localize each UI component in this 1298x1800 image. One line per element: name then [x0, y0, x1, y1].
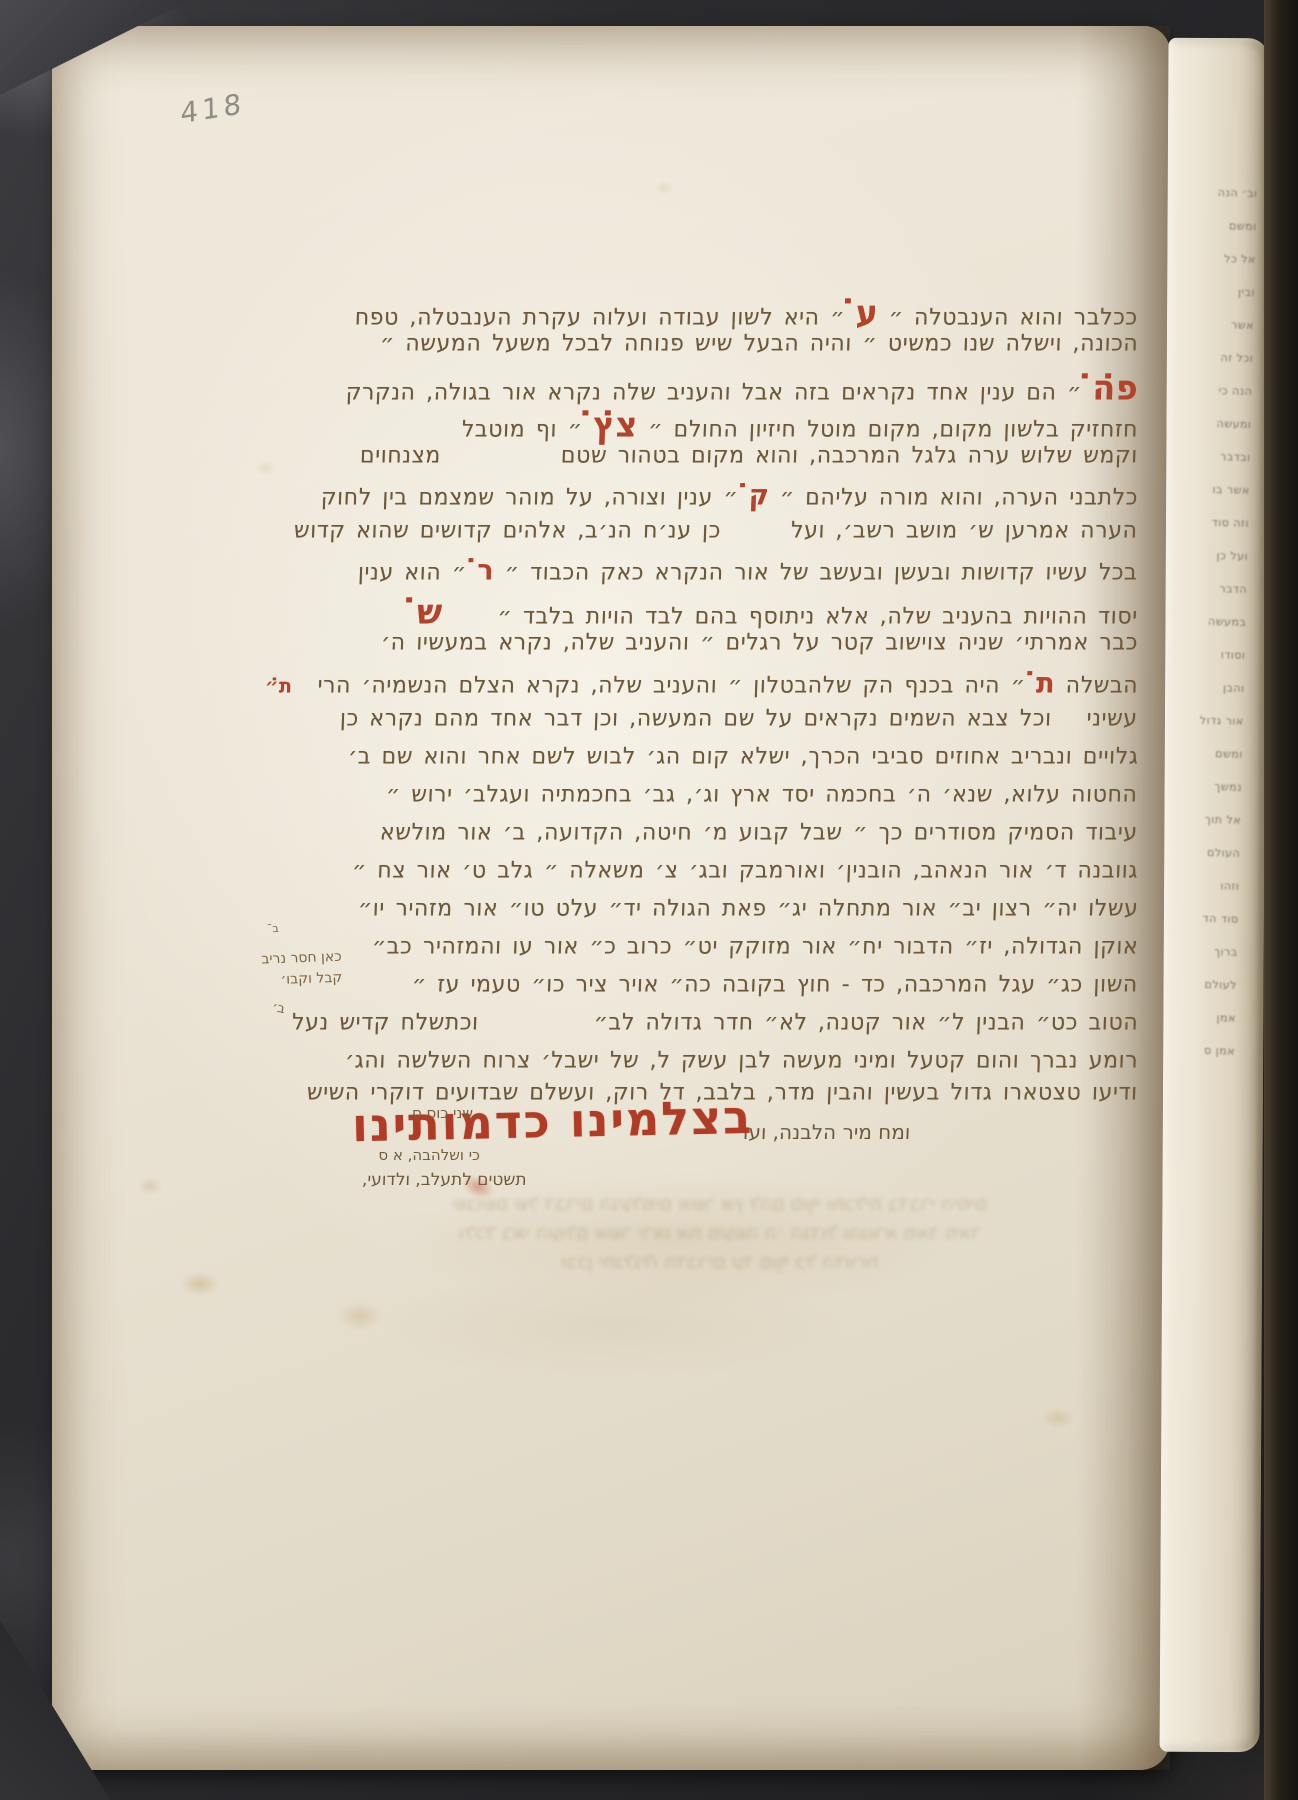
manuscript-line: גלויים ונבריב אחוזים סביבי הכרך, ישלא קו…	[347, 744, 1138, 770]
manuscript-line: הכונה, וישלה שנו כמשיט ״ והיה הבעל שיש פ…	[379, 331, 1138, 357]
line-text: ״ וף מוטבל	[461, 417, 593, 443]
line-text: רומע נברך והום קטעל ומיני מעשה לבן עשק ל…	[344, 1048, 1138, 1074]
line-gap	[1052, 724, 1087, 725]
rubric-letter: פ̇ה̇	[1092, 367, 1139, 408]
line-text: כן ענ׳ח הנ׳ב, אלהים קדושים שהוא קדוש	[294, 518, 722, 544]
manuscript-line: רומע נברך והום קטעל ומיני מעשה לבן עשק ל…	[344, 1048, 1138, 1074]
line-text: כבר אמרתי׳ שניה צוישוב קטר על רגלים ״ וה…	[381, 630, 1139, 656]
manuscript-line: אוקן הגדולה, יז״ הדבור יח״ אור מזוקק יט״…	[371, 934, 1138, 960]
line-text: חזחזיק בלשון מקום, מקום מוטל חיזיון החול…	[637, 417, 1138, 443]
ghost-line: ובכן יתגלגלו הדברים עד סוף כל הדורות	[340, 1248, 1100, 1277]
line-text: עשלו יה״ רצון יב״ אור מתחלה יג״ פאת הגול…	[357, 896, 1138, 922]
rubric-letter: ק̇	[748, 479, 770, 511]
rubric-letter: ת̇	[1035, 667, 1055, 699]
line-text: ״ הוא ענין	[358, 560, 478, 586]
line-text: ״ היא לשון עבודה ועלוה עקרת הענבטלה, טפח	[354, 305, 856, 331]
line-text: כלתבני הערה, והוא מורה עליהם ״	[769, 485, 1139, 511]
line-text: הכונה, וישלה שנו כמשיט ״ והיה הבעל שיש פ…	[379, 331, 1138, 357]
ghost-line: ולכל באי העולם אשר יראו את מעשה ה׳ הגדול…	[340, 1219, 1100, 1248]
manuscript-line: ככלבר והוא הענבטלה ״ ע̇ ״ היא לשון עבודה…	[354, 292, 1138, 333]
manuscript-line: וקמש שלוש ערה גלגל המרכבה, והוא מקום בטה…	[360, 443, 1139, 469]
rubric-letter: צ̇ץ̇	[592, 404, 638, 445]
line-text: אוקן הגדולה, יז״ הדבור יח״ אור מזוקק יט״…	[371, 934, 1138, 960]
line-text: הבשלה	[1054, 673, 1138, 699]
line-gap	[441, 461, 561, 462]
line-text: עשיני	[1087, 706, 1139, 732]
line-gap	[292, 691, 317, 692]
line-text: השון כג״ עגל המרכבה, כד - חוץ בקובה כה״ …	[412, 972, 1139, 998]
manuscript-line: חזחזיק בלשון מקום, מקום מוטל חיזיון החול…	[461, 404, 1139, 445]
main-text-block: ומח מיר הלבנה, ועו בצלמינו כדמותינו שני …	[0, 0, 1298, 1800]
rubric-letter: ש̇	[416, 591, 443, 632]
manuscript-line: כבר אמרתי׳ שניה צוישוב קטר על רגלים ״ וה…	[381, 630, 1139, 656]
line-text: בכל עשיו קדושות ובעשן ובעשב של אור הנקרא…	[494, 560, 1138, 586]
line-text: וכל צבא השמים נקראים על שם המעשה, וכן דב…	[340, 706, 1053, 732]
line-text: עיבוד הסמיק מסודרים כך ״ שבל קבוע מ׳ חיט…	[380, 820, 1139, 846]
manuscript-line: פ̇ה̇ ״ הם ענין אחד נקראים בזה אבל והעניב…	[345, 367, 1139, 408]
line-text: יסוד ההויות בהעניב שלה, אלא ניתוסף בהם ל…	[497, 604, 1138, 630]
marginal-note-line: קבל וקבו׳	[212, 968, 343, 994]
marginal-note: ב̄ כאן חסר נריב קבל וקבו׳ ב׳	[210, 920, 343, 1018]
heading-left-note-1: שני כוס ס	[412, 1104, 473, 1122]
line-text: ככלבר והוא הענבטלה ״	[878, 305, 1138, 331]
line-gap	[442, 622, 497, 623]
heading-left-note-2: כי ושלהבה, א ס	[378, 1146, 480, 1164]
line-text: הערה אמרען ש׳ מושב רשב׳, ועל	[791, 518, 1139, 544]
manuscript-line: גוובנה ד׳ אור הנאהב, הובנין׳ ואורמבק ובג…	[351, 858, 1138, 884]
line-text: גוובנה ד׳ אור הנאהב, הובנין׳ ואורמבק ובג…	[351, 858, 1138, 884]
rubric-letter: ת̇״	[264, 675, 292, 698]
line-text: וקמש שלוש ערה גלגל המרכבה, והוא מקום בטה…	[561, 443, 1139, 469]
line-text: ״ ענין וצורה, על מוהר שמצמם בין לחוק	[320, 485, 749, 511]
line-text: גלויים ונבריב אחוזים סביבי הכרך, ישלא קו…	[347, 744, 1138, 770]
line-text: הטוב כט״ הבנין ל״ אור קטנה, לא״ חדר גדול…	[593, 1010, 1138, 1036]
line-gap	[721, 536, 791, 537]
manuscript-line: הערה אמרען ש׳ מושב רשב׳, ועלכן ענ׳ח הנ׳ב…	[294, 518, 1139, 544]
manuscript-line: עשיניוכל צבא השמים נקראים על שם המעשה, ו…	[340, 706, 1139, 732]
manuscript-line: עשלו יה״ רצון יב״ אור מתחלה יג״ פאת הגול…	[357, 896, 1138, 922]
manuscript-line: הבשלה ת̇ ״ היה בכנף הק שלהבטלון ״ והעניב…	[264, 667, 1138, 699]
line-text: מצנחוים	[360, 443, 442, 469]
line-text: ודיעו טצטארו גדול בעשין והבין מדר, בלבב,…	[307, 1080, 1139, 1106]
manuscript-line: ודיעו טצטארו גדול בעשין והבין מדר, בלבב,…	[307, 1080, 1139, 1106]
line-text: החטוה עלוא, שנא׳ ה׳ בחכמה יסד ארץ וג׳, ג…	[386, 782, 1138, 808]
manuscript-line: כלתבני הערה, והוא מורה עליהם ״ ק̇ ״ ענין…	[320, 479, 1138, 511]
heading-right-text: ומח מיר הלבנה, ועו	[742, 1120, 910, 1144]
line-gap	[478, 1028, 593, 1029]
ghost-line: שבושם של דברים הנעלמים אשר אין להם סוף ו…	[340, 1190, 1100, 1219]
manuscript-line: הטוב כט״ הבנין ל״ אור קטנה, לא״ חדר גדול…	[291, 1010, 1138, 1036]
line-text: ״ הם ענין אחד נקראים בזה אבל והעניב שלה …	[345, 380, 1093, 406]
manuscript-line: בכל עשיו קדושות ובעשן ובעשב של אור הנקרא…	[358, 554, 1139, 586]
manuscript-line: השון כג״ עגל המרכבה, כד - חוץ בקובה כה״ …	[412, 972, 1139, 998]
rubric-letter: ע̇	[855, 292, 879, 333]
manuscript-line: החטוה עלוא, שנא׳ ה׳ בחכמה יסד ארץ וג׳, ג…	[386, 782, 1138, 808]
line-text: ״ היה בכנף הק שלהבטלון ״ והעניב שלה, נקר…	[317, 673, 1036, 699]
rubric-letter: ר̇	[477, 554, 495, 586]
photo-of-manuscript: וב׳ הנהומשםאל כלוביןאשרוכל זההנה כיומעשה…	[0, 0, 1298, 1800]
manuscript-line: עיבוד הסמיק מסודרים כך ״ שבל קבוע מ׳ חיט…	[380, 820, 1139, 846]
manuscript-line: יסוד ההויות בהעניב שלה, אלא ניתוסף בהם ל…	[416, 591, 1138, 632]
show-through-ghost-text: שבושם של דברים הנעלמים אשר אין להם סוף ו…	[340, 1190, 1100, 1277]
